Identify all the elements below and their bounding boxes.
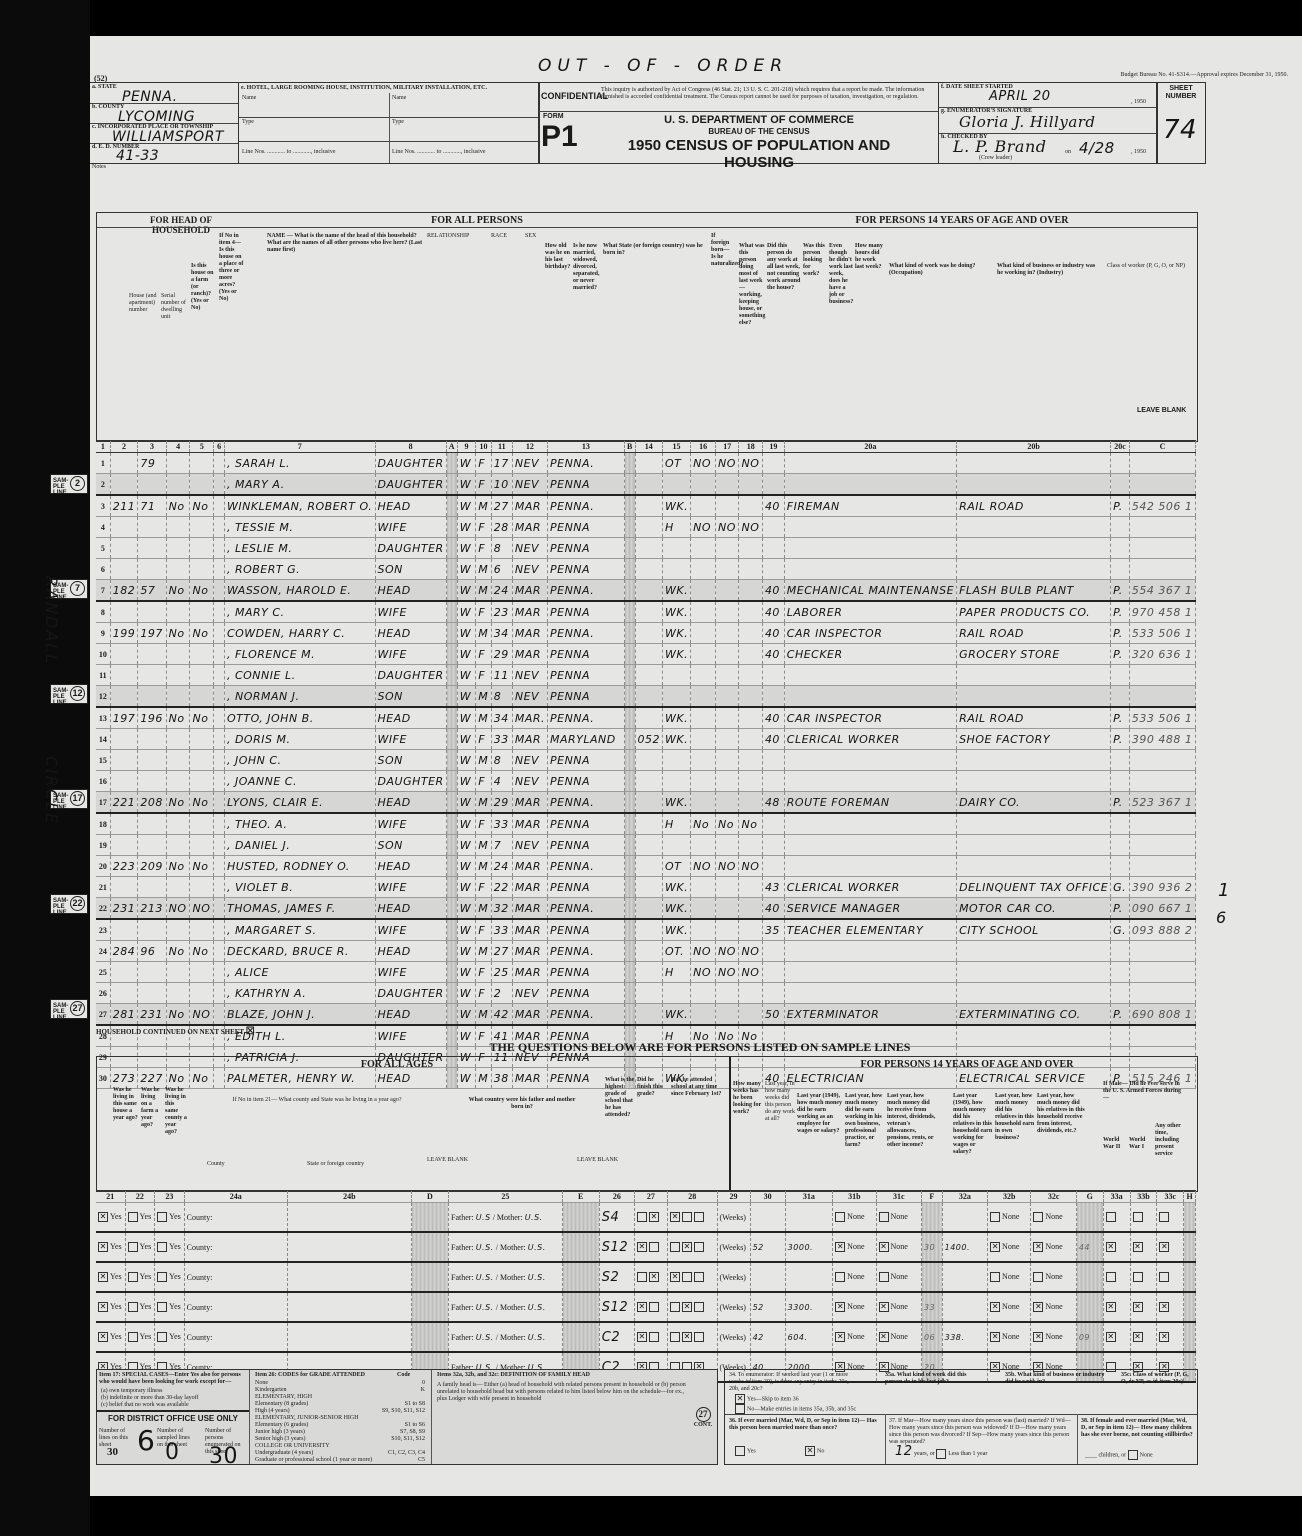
industry[interactable] <box>957 474 1111 496</box>
birthplace[interactable]: PENNA. <box>548 856 625 877</box>
any-work[interactable]: NO <box>691 517 716 538</box>
highest-grade[interactable]: S12 <box>599 1292 634 1322</box>
occupation[interactable]: CAR INSPECTOR <box>784 623 956 644</box>
any-work[interactable] <box>691 919 716 941</box>
county-field[interactable]: County: <box>184 1203 287 1233</box>
occupation[interactable] <box>784 813 956 835</box>
q37-years[interactable]: 12 <box>895 1444 913 1459</box>
race[interactable]: W <box>457 1004 476 1026</box>
serial-number[interactable]: 197 <box>138 623 166 644</box>
serial-number[interactable]: 231 <box>138 1004 166 1026</box>
q36-yes-option[interactable]: Yes <box>735 1446 756 1456</box>
any-work[interactable]: NO <box>691 856 716 877</box>
office-code[interactable]: 090 667 1 <box>1129 898 1195 920</box>
house-number[interactable]: 182 <box>110 580 138 602</box>
activity[interactable]: OT. <box>663 941 691 962</box>
looking-for-work[interactable] <box>716 750 739 771</box>
occupation[interactable]: FIREMAN <box>784 495 956 517</box>
person-name[interactable]: , SARAH L. <box>224 453 375 474</box>
county-field[interactable]: County: <box>184 1232 287 1262</box>
has-job[interactable] <box>739 474 762 496</box>
q21-checkbox[interactable]: ✕Yes <box>96 1203 125 1233</box>
sex[interactable]: M <box>476 835 492 856</box>
marital-status[interactable]: NEV <box>512 474 547 496</box>
race[interactable]: W <box>457 644 476 665</box>
house-number[interactable] <box>110 686 138 708</box>
farm-answer[interactable]: No <box>166 707 190 729</box>
relationship[interactable]: WIFE <box>375 919 446 941</box>
activity[interactable]: WK. <box>663 623 691 644</box>
any-work[interactable] <box>691 729 716 750</box>
serial-number[interactable]: 96 <box>138 941 166 962</box>
hours-worked[interactable] <box>762 941 784 962</box>
sex[interactable]: M <box>476 580 492 602</box>
hours-worked[interactable]: 50 <box>762 1004 784 1026</box>
naturalized[interactable] <box>635 517 663 538</box>
age[interactable]: 24 <box>491 580 512 602</box>
sex[interactable]: M <box>476 856 492 877</box>
sex[interactable]: M <box>476 686 492 708</box>
hours-worked[interactable] <box>762 771 784 792</box>
looking-for-work[interactable] <box>716 538 739 559</box>
occupation[interactable]: CAR INSPECTOR <box>784 707 956 729</box>
class-of-worker[interactable] <box>1111 941 1130 962</box>
hours-worked[interactable]: 40 <box>762 623 784 644</box>
birthplace[interactable]: PENNA. <box>548 495 625 517</box>
has-job[interactable] <box>739 792 762 814</box>
has-job[interactable] <box>739 707 762 729</box>
relationship[interactable]: WIFE <box>375 962 446 983</box>
house-number[interactable]: 284 <box>110 941 138 962</box>
house-number[interactable] <box>110 962 138 983</box>
house-number[interactable] <box>110 538 138 559</box>
activity[interactable]: H <box>663 962 691 983</box>
person-name[interactable]: , JOANNE C. <box>224 771 375 792</box>
serial-number[interactable]: 209 <box>138 856 166 877</box>
activity[interactable]: H <box>663 517 691 538</box>
birthplace[interactable]: PENNA <box>548 474 625 496</box>
occupation[interactable] <box>784 983 956 1004</box>
acres-answer[interactable]: No <box>190 792 214 814</box>
looking-for-work[interactable] <box>716 495 739 517</box>
naturalized[interactable] <box>635 792 663 814</box>
house-number[interactable] <box>110 601 138 623</box>
race[interactable]: W <box>457 453 476 474</box>
any-work[interactable] <box>691 771 716 792</box>
industry[interactable]: PAPER PRODUCTS CO. <box>957 601 1111 623</box>
naturalized[interactable] <box>635 686 663 708</box>
birthplace[interactable]: PENNA. <box>548 1004 625 1026</box>
race[interactable]: W <box>457 686 476 708</box>
person-name[interactable]: , TESSIE M. <box>224 517 375 538</box>
occupation[interactable] <box>784 962 956 983</box>
occupation[interactable] <box>784 474 956 496</box>
marital-status[interactable]: MAR <box>512 495 547 517</box>
looking-for-work[interactable] <box>716 601 739 623</box>
naturalized[interactable]: 052 <box>635 729 663 750</box>
industry[interactable]: RAIL ROAD <box>957 707 1111 729</box>
industry[interactable] <box>957 559 1111 580</box>
person-name[interactable]: , FLORENCE M. <box>224 644 375 665</box>
hours-worked[interactable]: 48 <box>762 792 784 814</box>
person-name[interactable]: , MARY A. <box>224 474 375 496</box>
acres-answer[interactable]: No <box>190 707 214 729</box>
hours-worked[interactable] <box>762 665 784 686</box>
house-number[interactable] <box>110 453 138 474</box>
hours-worked[interactable] <box>762 983 784 1004</box>
age[interactable]: 4 <box>491 771 512 792</box>
occupation[interactable]: LABORER <box>784 601 956 623</box>
looking-for-work[interactable] <box>716 877 739 898</box>
farm-answer[interactable] <box>166 665 190 686</box>
person-name[interactable]: , LESLIE M. <box>224 538 375 559</box>
office-code[interactable] <box>1129 983 1195 1004</box>
acres-answer[interactable] <box>190 601 214 623</box>
industry[interactable] <box>957 453 1111 474</box>
sex[interactable]: F <box>476 729 492 750</box>
sex[interactable]: F <box>476 665 492 686</box>
activity[interactable] <box>663 686 691 708</box>
state-field[interactable] <box>287 1262 411 1292</box>
ww1-service[interactable]: ✕ <box>1130 1232 1157 1262</box>
race[interactable]: W <box>457 941 476 962</box>
race[interactable]: W <box>457 495 476 517</box>
naturalized[interactable] <box>635 771 663 792</box>
birthplace[interactable]: PENNA <box>548 601 625 623</box>
looking-for-work[interactable]: NO <box>716 856 739 877</box>
has-job[interactable] <box>739 495 762 517</box>
industry[interactable]: RAIL ROAD <box>957 623 1111 644</box>
sex[interactable]: F <box>476 601 492 623</box>
relationship[interactable]: WIFE <box>375 517 446 538</box>
q36-no-option[interactable]: ✕No <box>805 1446 824 1456</box>
q22-checkbox[interactable]: Yes <box>125 1203 155 1233</box>
race[interactable]: W <box>457 601 476 623</box>
person-name[interactable]: , MARY C. <box>224 601 375 623</box>
birthplace[interactable]: PENNA <box>548 962 625 983</box>
occupation[interactable]: CHECKER <box>784 644 956 665</box>
relationship[interactable]: HEAD <box>375 1004 446 1026</box>
industry[interactable] <box>957 538 1111 559</box>
class-of-worker[interactable] <box>1111 1025 1130 1047</box>
birthplace[interactable]: PENNA <box>548 517 625 538</box>
naturalized[interactable] <box>635 813 663 835</box>
person-name[interactable]: OTTO, JOHN B. <box>224 707 375 729</box>
activity[interactable]: WK. <box>663 1004 691 1026</box>
sex[interactable]: M <box>476 495 492 517</box>
acres-answer[interactable]: No <box>190 941 214 962</box>
farm-answer[interactable]: No <box>166 792 190 814</box>
sex[interactable]: F <box>476 983 492 1004</box>
birthplace[interactable]: PENNA. <box>548 580 625 602</box>
acres-answer[interactable] <box>190 474 214 496</box>
acres-answer[interactable] <box>190 665 214 686</box>
class-of-worker[interactable] <box>1111 686 1130 708</box>
activity[interactable] <box>663 835 691 856</box>
other-service[interactable]: ✕ <box>1157 1322 1184 1352</box>
class-of-worker[interactable]: P. <box>1111 729 1130 750</box>
marital-status[interactable]: NEV <box>512 453 547 474</box>
has-job[interactable] <box>739 623 762 644</box>
activity[interactable]: WK. <box>663 495 691 517</box>
serial-number[interactable] <box>138 686 166 708</box>
any-work[interactable] <box>691 686 716 708</box>
has-job[interactable]: NO <box>739 962 762 983</box>
race[interactable]: W <box>457 559 476 580</box>
looking-for-work[interactable] <box>716 1004 739 1026</box>
industry[interactable] <box>957 771 1111 792</box>
serial-number[interactable] <box>138 517 166 538</box>
ww2-service[interactable] <box>1103 1262 1130 1292</box>
age[interactable]: 34 <box>491 623 512 644</box>
office-code[interactable]: 554 367 1 <box>1129 580 1195 602</box>
house-number[interactable]: 197 <box>110 707 138 729</box>
activity[interactable]: WK. <box>663 644 691 665</box>
relationship[interactable]: HEAD <box>375 898 446 920</box>
marital-status[interactable]: MAR <box>512 729 547 750</box>
office-code[interactable] <box>1129 665 1195 686</box>
office-code[interactable] <box>1129 538 1195 559</box>
relationship[interactable]: HEAD <box>375 580 446 602</box>
class-of-worker[interactable]: P. <box>1111 623 1130 644</box>
any-work[interactable] <box>691 580 716 602</box>
q23-checkbox[interactable]: Yes <box>155 1262 185 1292</box>
marital-status[interactable]: NEV <box>512 538 547 559</box>
acres-answer[interactable]: NO <box>190 898 214 920</box>
relatives-business[interactable]: None <box>988 1203 1031 1233</box>
office-code[interactable]: 320 636 1 <box>1129 644 1195 665</box>
occupation[interactable]: EXTERMINATOR <box>784 1004 956 1026</box>
person-name[interactable]: BLAZE, JOHN J. <box>224 1004 375 1026</box>
serial-number[interactable] <box>138 644 166 665</box>
sex[interactable]: M <box>476 898 492 920</box>
looking-for-work[interactable] <box>716 835 739 856</box>
ww2-service[interactable]: ✕ <box>1103 1232 1130 1262</box>
farm-answer[interactable] <box>166 686 190 708</box>
naturalized[interactable] <box>635 1004 663 1026</box>
naturalized[interactable] <box>635 707 663 729</box>
industry[interactable]: SHOE FACTORY <box>957 729 1111 750</box>
house-number[interactable]: 223 <box>110 856 138 877</box>
other-income[interactable]: None <box>876 1262 921 1292</box>
hours-worked[interactable]: 40 <box>762 580 784 602</box>
farm-answer[interactable]: NO <box>166 898 190 920</box>
any-work[interactable] <box>691 623 716 644</box>
has-job[interactable] <box>739 538 762 559</box>
race[interactable]: W <box>457 792 476 814</box>
industry[interactable]: GROCERY STORE <box>957 644 1111 665</box>
acres-answer[interactable] <box>190 750 214 771</box>
birthplace[interactable]: PENNA <box>548 983 625 1004</box>
hours-worked[interactable] <box>762 517 784 538</box>
sex[interactable]: F <box>476 517 492 538</box>
house-number[interactable]: 211 <box>110 495 138 517</box>
serial-number[interactable] <box>138 919 166 941</box>
farm-answer[interactable]: No <box>166 623 190 644</box>
activity[interactable]: WK. <box>663 792 691 814</box>
relationship[interactable]: DAUGHTER <box>375 453 446 474</box>
marital-status[interactable]: MAR. <box>512 707 547 729</box>
naturalized[interactable] <box>635 644 663 665</box>
looking-for-work[interactable] <box>716 665 739 686</box>
race[interactable]: W <box>457 835 476 856</box>
weeks-worked[interactable] <box>750 1203 785 1233</box>
relatives-other[interactable]: ✕None <box>1031 1292 1076 1322</box>
relationship[interactable]: DAUGHTER <box>375 538 446 559</box>
has-job[interactable]: NO <box>739 941 762 962</box>
office-code[interactable] <box>1129 559 1195 580</box>
ww2-service[interactable]: ✕ <box>1103 1292 1130 1322</box>
activity[interactable]: WK. <box>663 580 691 602</box>
weeks-worked[interactable]: 42 <box>750 1322 785 1352</box>
farm-answer[interactable]: No <box>166 495 190 517</box>
age[interactable]: 29 <box>491 792 512 814</box>
parents-birthplace[interactable]: Father: U.S. / Mother: U.S. <box>449 1292 563 1322</box>
has-job[interactable] <box>739 919 762 941</box>
sex[interactable]: M <box>476 750 492 771</box>
occupation[interactable] <box>784 517 956 538</box>
person-name[interactable]: WASSON, HAROLD E. <box>224 580 375 602</box>
industry[interactable] <box>957 983 1111 1004</box>
farm-answer[interactable] <box>166 835 190 856</box>
activity[interactable] <box>663 665 691 686</box>
looking-for-work[interactable]: NO <box>716 941 739 962</box>
relatives-other[interactable]: ✕None <box>1031 1232 1076 1262</box>
industry[interactable]: FLASH BULB PLANT <box>957 580 1111 602</box>
hours-worked[interactable] <box>762 962 784 983</box>
serial-number[interactable]: 213 <box>138 898 166 920</box>
highest-grade[interactable]: S4 <box>599 1203 634 1233</box>
house-number[interactable]: 199 <box>110 623 138 644</box>
q34-yes-option[interactable]: ✕Yes—Skip to item 36 <box>735 1394 799 1404</box>
looking-for-work[interactable] <box>716 919 739 941</box>
has-job[interactable] <box>739 686 762 708</box>
class-of-worker[interactable] <box>1111 962 1130 983</box>
relationship[interactable]: WIFE <box>375 813 446 835</box>
birthplace[interactable]: PENNA <box>548 919 625 941</box>
relatives-wages[interactable]: 338. <box>942 1322 987 1352</box>
birthplace[interactable]: PENNA <box>548 813 625 835</box>
business-income[interactable]: None <box>833 1203 876 1233</box>
acres-answer[interactable]: No <box>190 856 214 877</box>
birthplace[interactable]: PENNA <box>548 538 625 559</box>
serial-number[interactable] <box>138 813 166 835</box>
house-number[interactable]: 231 <box>110 898 138 920</box>
business-income[interactable]: None <box>833 1262 876 1292</box>
any-work[interactable] <box>691 644 716 665</box>
relationship[interactable]: WIFE <box>375 601 446 623</box>
any-work[interactable] <box>691 665 716 686</box>
class-of-worker[interactable] <box>1111 813 1130 835</box>
farm-answer[interactable] <box>166 729 190 750</box>
highest-grade[interactable]: S2 <box>599 1262 634 1292</box>
state-field[interactable] <box>287 1292 411 1322</box>
industry[interactable] <box>957 813 1111 835</box>
age[interactable]: 28 <box>491 517 512 538</box>
any-work[interactable] <box>691 601 716 623</box>
any-work[interactable] <box>691 474 716 496</box>
other-income[interactable]: ✕None <box>876 1232 921 1262</box>
farm-answer[interactable] <box>166 644 190 665</box>
age[interactable]: 32 <box>491 898 512 920</box>
other-service[interactable] <box>1157 1203 1184 1233</box>
class-of-worker[interactable] <box>1111 856 1130 877</box>
birthplace[interactable]: PENNA <box>548 750 625 771</box>
industry[interactable] <box>957 665 1111 686</box>
any-work[interactable]: NO <box>691 941 716 962</box>
serial-number[interactable] <box>138 877 166 898</box>
house-number[interactable] <box>110 517 138 538</box>
naturalized[interactable] <box>635 601 663 623</box>
farm-answer[interactable] <box>166 919 190 941</box>
acres-answer[interactable] <box>190 644 214 665</box>
weeks-worked[interactable]: 52 <box>750 1232 785 1262</box>
other-income[interactable]: ✕None <box>876 1292 921 1322</box>
hours-worked[interactable] <box>762 453 784 474</box>
wages-income[interactable]: 3000. <box>785 1232 833 1262</box>
office-code[interactable] <box>1129 771 1195 792</box>
naturalized[interactable] <box>635 877 663 898</box>
relatives-business[interactable]: ✕None <box>988 1232 1031 1262</box>
business-income[interactable]: ✕None <box>833 1232 876 1262</box>
marital-status[interactable]: MAR <box>512 623 547 644</box>
age[interactable]: 25 <box>491 962 512 983</box>
hours-worked[interactable]: 40 <box>762 707 784 729</box>
house-number[interactable] <box>110 729 138 750</box>
person-name[interactable]: WINKLEMAN, ROBERT O. <box>224 495 375 517</box>
house-number[interactable] <box>110 877 138 898</box>
class-of-worker[interactable] <box>1111 835 1130 856</box>
any-work[interactable] <box>691 835 716 856</box>
farm-answer[interactable] <box>166 538 190 559</box>
relationship[interactable]: DAUGHTER <box>375 983 446 1004</box>
person-name[interactable]: , KATHRYN A. <box>224 983 375 1004</box>
occupation[interactable] <box>784 538 956 559</box>
q22-checkbox[interactable]: Yes <box>125 1322 155 1352</box>
office-code[interactable]: 533 506 1 <box>1129 707 1195 729</box>
marital-status[interactable]: NEV <box>512 559 547 580</box>
office-code[interactable]: 093 888 2 <box>1129 919 1195 941</box>
marital-status[interactable]: NEV <box>512 835 547 856</box>
house-number[interactable] <box>110 919 138 941</box>
class-of-worker[interactable]: P. <box>1111 495 1130 517</box>
hours-worked[interactable]: 40 <box>762 495 784 517</box>
acres-answer[interactable]: No <box>190 495 214 517</box>
occupation[interactable] <box>784 665 956 686</box>
farm-answer[interactable] <box>166 474 190 496</box>
race[interactable]: W <box>457 474 476 496</box>
class-of-worker[interactable]: P. <box>1111 601 1130 623</box>
activity[interactable] <box>663 559 691 580</box>
sex[interactable]: F <box>476 813 492 835</box>
birthplace[interactable]: PENNA <box>548 771 625 792</box>
has-job[interactable] <box>739 559 762 580</box>
office-code[interactable] <box>1129 856 1195 877</box>
occupation[interactable] <box>784 856 956 877</box>
wages-income[interactable]: 604. <box>785 1322 833 1352</box>
person-name[interactable]: LYONS, CLAIR E. <box>224 792 375 814</box>
q23-checkbox[interactable]: Yes <box>155 1232 185 1262</box>
has-job[interactable] <box>739 580 762 602</box>
industry[interactable]: EXTERMINATING CO. <box>957 1004 1111 1026</box>
q21-checkbox[interactable]: ✕Yes <box>96 1232 125 1262</box>
relatives-business[interactable]: None <box>988 1262 1031 1292</box>
serial-number[interactable] <box>138 474 166 496</box>
age[interactable]: 8 <box>491 538 512 559</box>
parents-birthplace[interactable]: Father: U.S / Mother: U.S. <box>449 1203 563 1233</box>
industry[interactable]: MOTOR CAR CO. <box>957 898 1111 920</box>
naturalized[interactable] <box>635 623 663 644</box>
